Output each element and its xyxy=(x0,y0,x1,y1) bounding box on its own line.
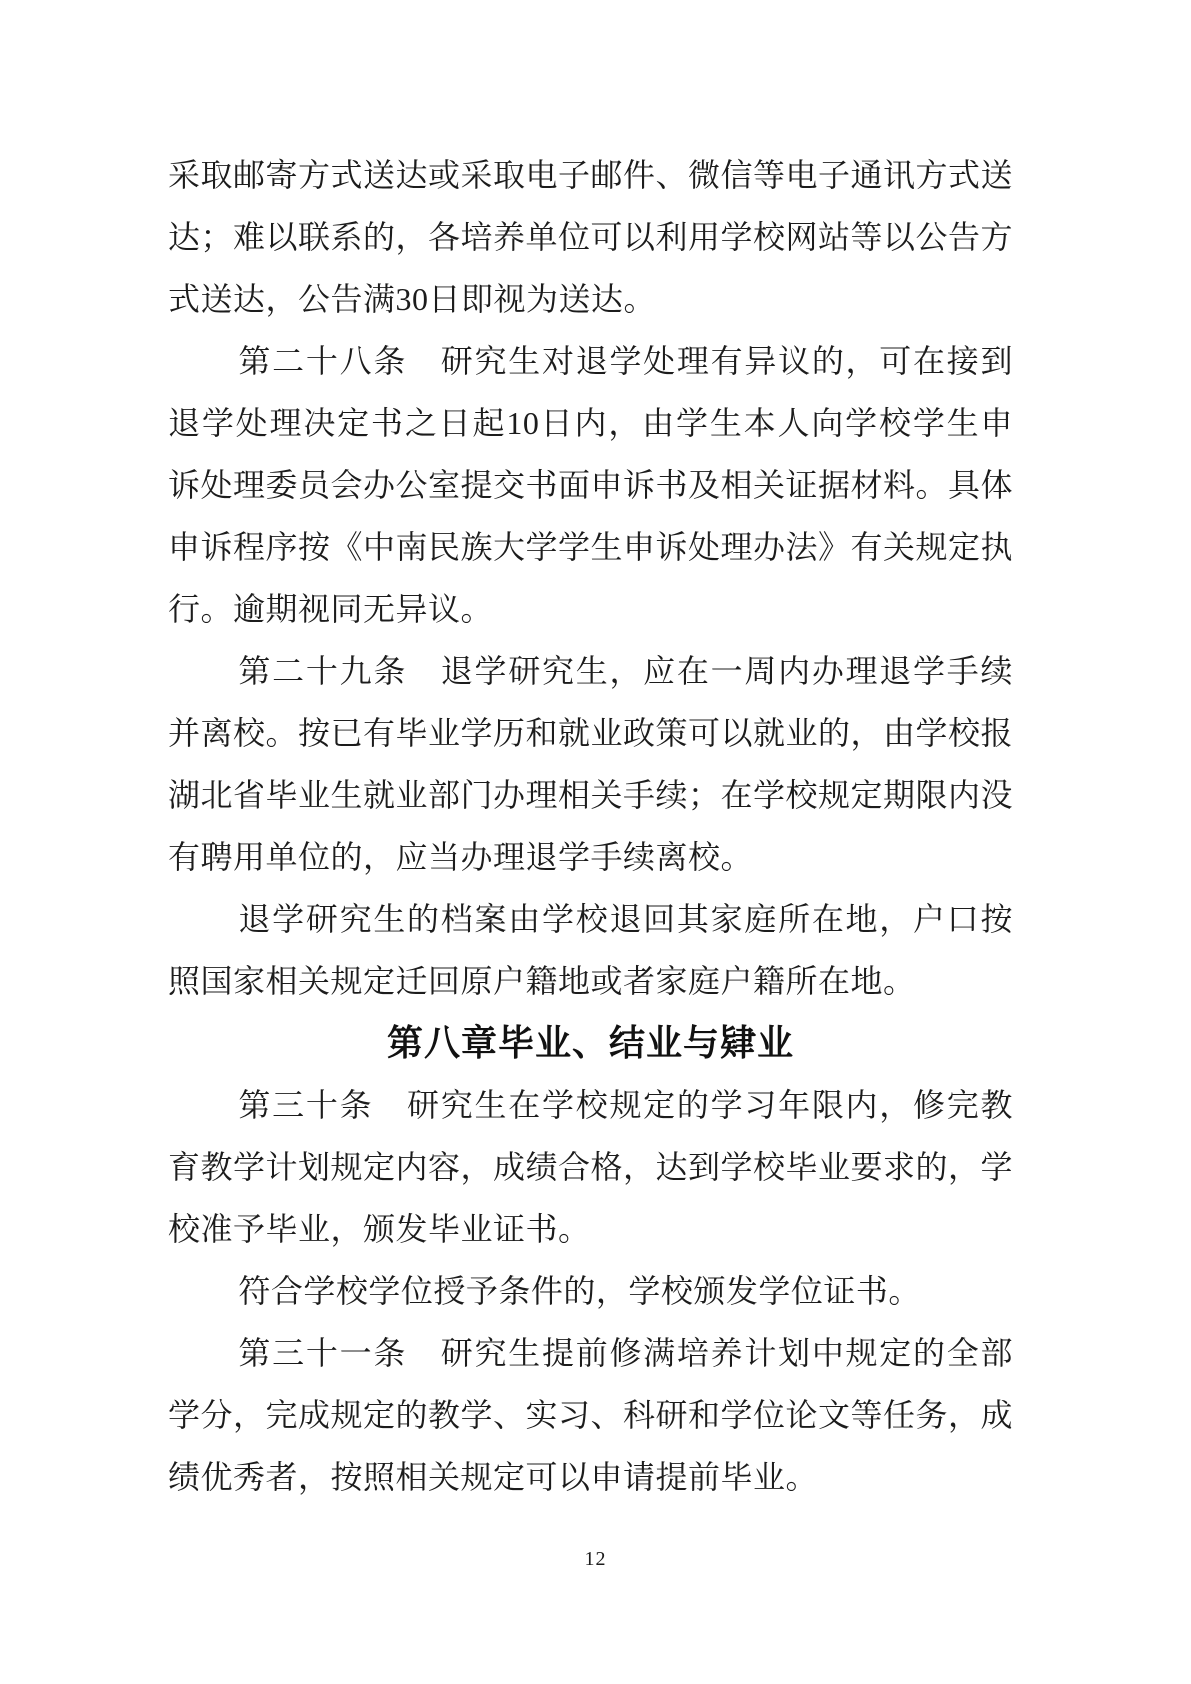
paragraph-article-29: 第二十九条 退学研究生，应在一周内办理退学手续并离校。按已有毕业学历和就业政策可… xyxy=(168,640,1013,888)
paragraph-article-28: 第二十八条 研究生对退学处理有异议的，可在接到退学处理决定书之日起10日内，由学… xyxy=(168,330,1013,640)
paragraph-degree-certificate: 符合学校学位授予条件的，学校颁发学位证书。 xyxy=(168,1260,1013,1322)
chapter-heading: 第八章毕业、结业与肄业 xyxy=(168,1012,1013,1074)
paragraph-article-30: 第三十条 研究生在学校规定的学习年限内，修完教育教学计划规定内容，成绩合格，达到… xyxy=(168,1074,1013,1260)
paragraph-continuation: 采取邮寄方式送达或采取电子邮件、微信等电子通讯方式送达；难以联系的，各培养单位可… xyxy=(168,144,1013,330)
page-footer: 12 xyxy=(0,1548,1191,1571)
page-number: 12 xyxy=(585,1548,607,1570)
document-content: 采取邮寄方式送达或采取电子邮件、微信等电子通讯方式送达；难以联系的，各培养单位可… xyxy=(168,144,1013,1508)
paragraph-archive-transfer: 退学研究生的档案由学校退回其家庭所在地，户口按照国家相关规定迁回原户籍地或者家庭… xyxy=(168,888,1013,1012)
document-page: 采取邮寄方式送达或采取电子邮件、微信等电子通讯方式送达；难以联系的，各培养单位可… xyxy=(0,0,1191,1684)
paragraph-article-31: 第三十一条 研究生提前修满培养计划中规定的全部学分，完成规定的教学、实习、科研和… xyxy=(168,1322,1013,1508)
